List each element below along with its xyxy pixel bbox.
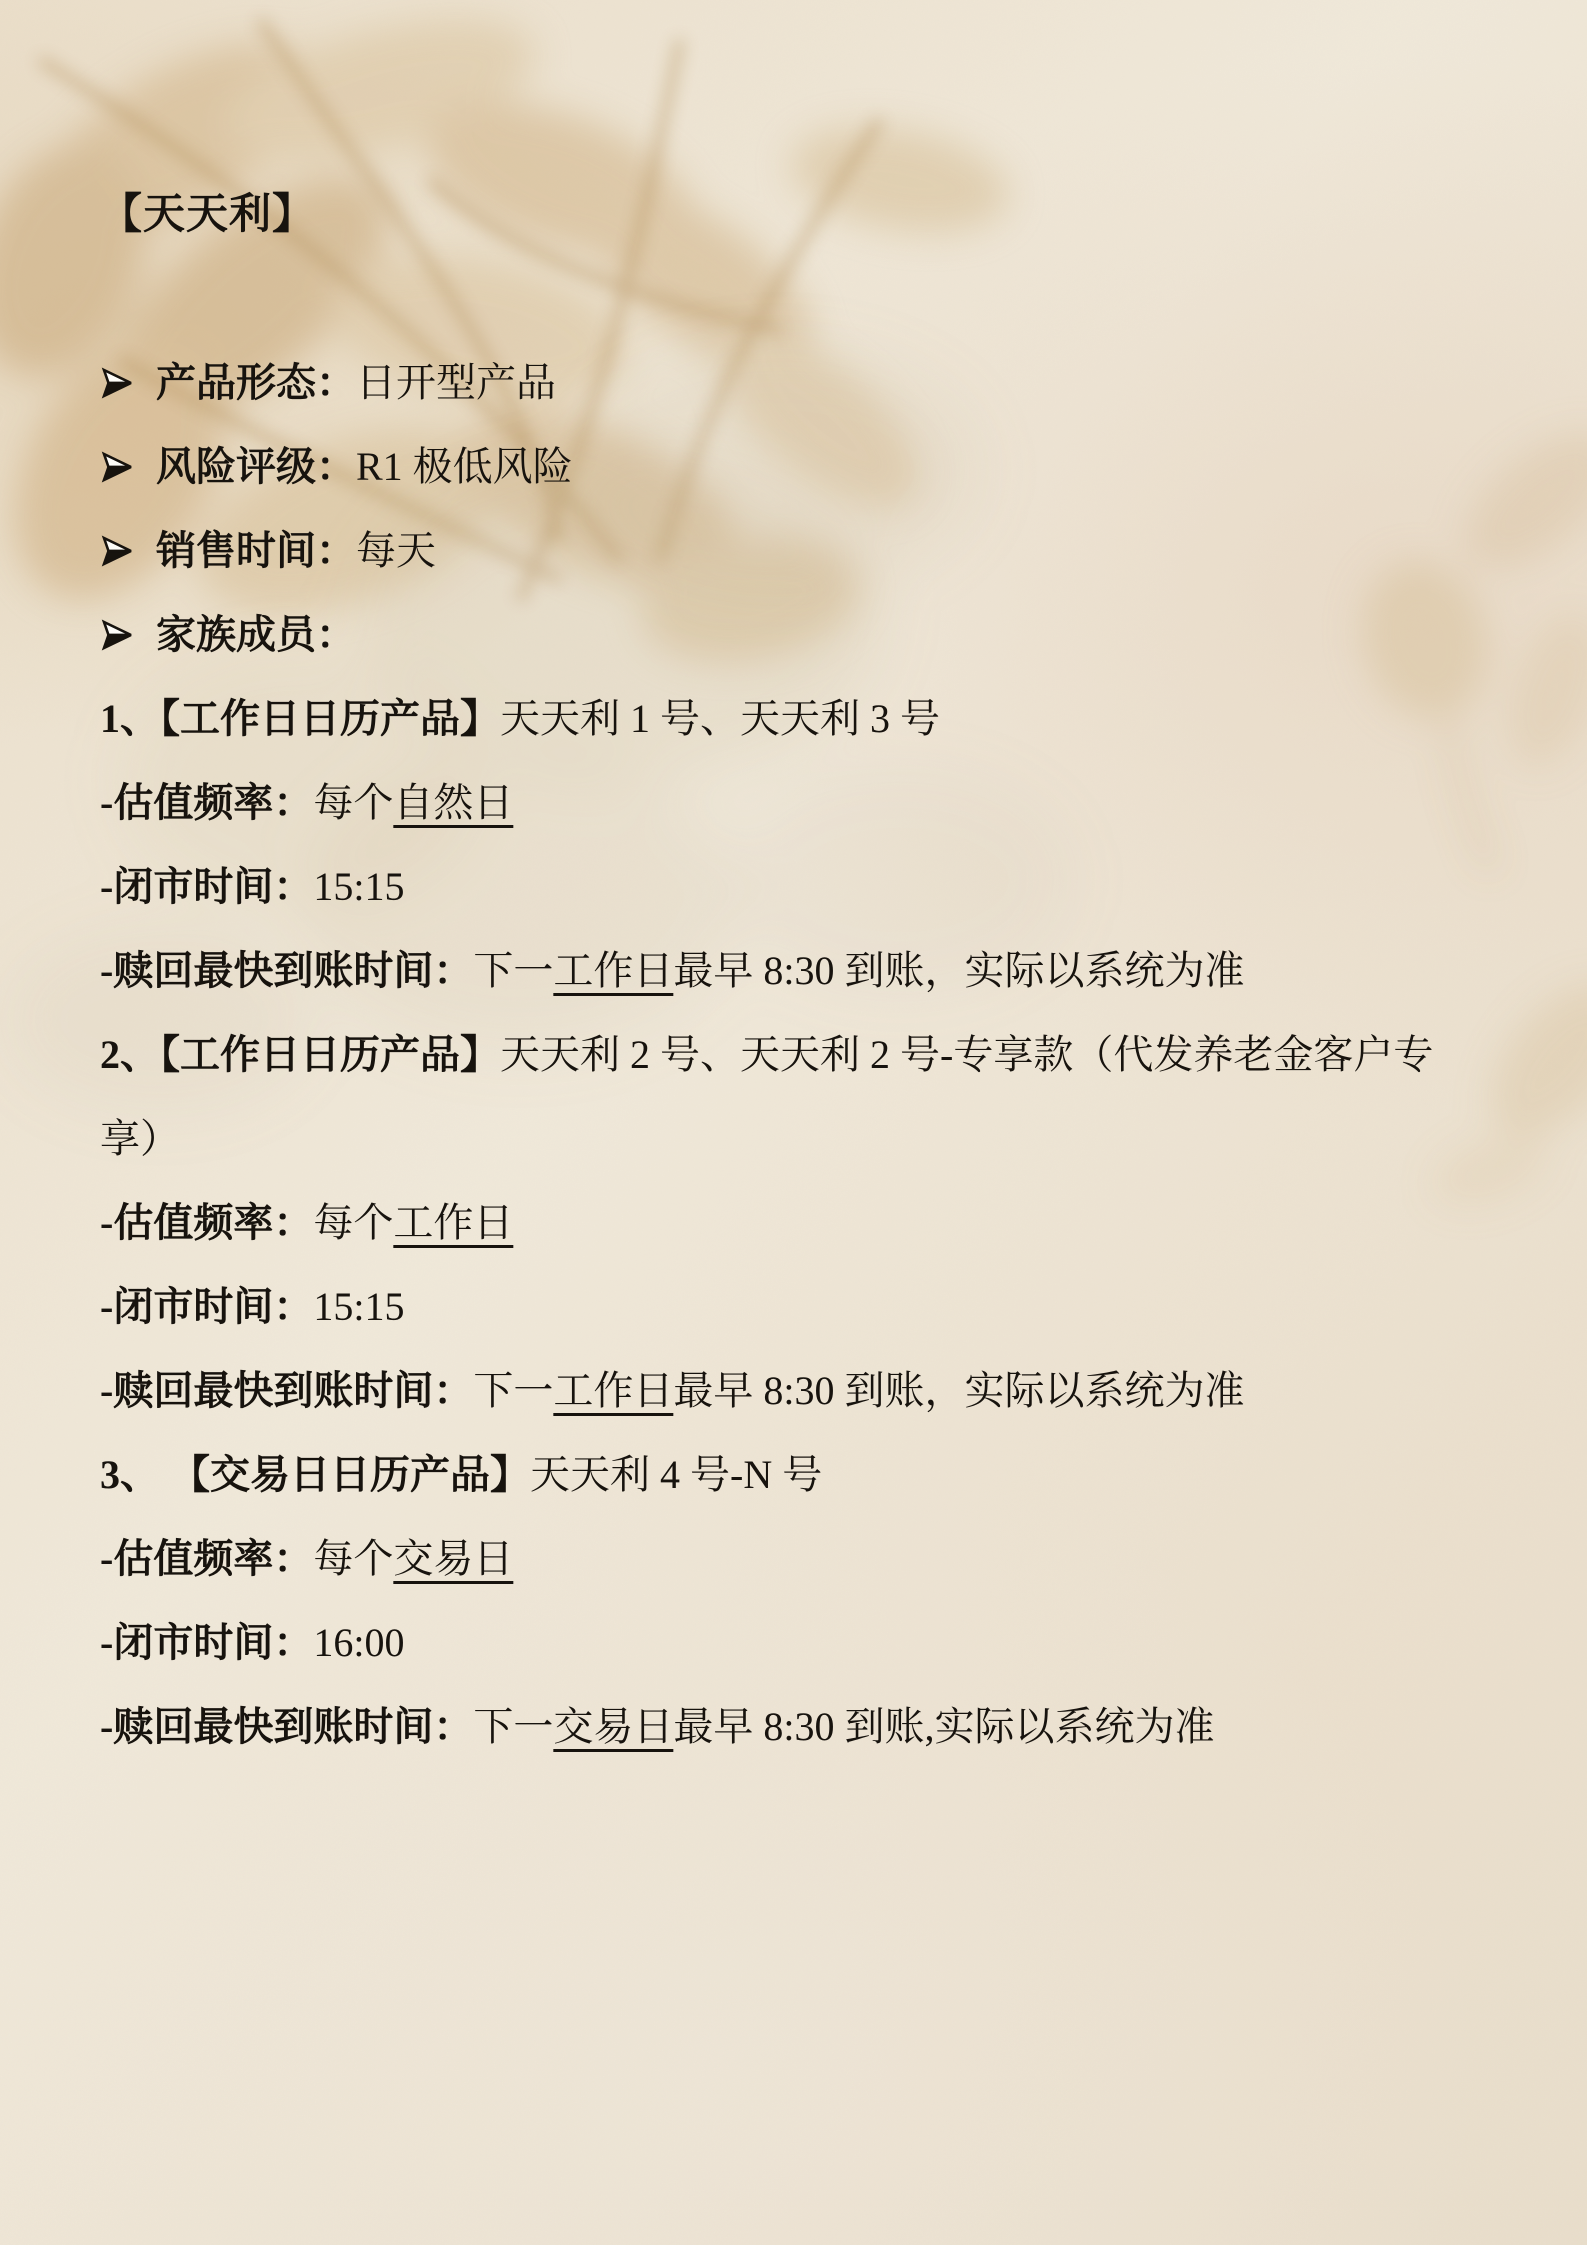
bullet-value: 日开型产品 (356, 360, 556, 405)
row-text: 最早 8:30 到账，实际以系统为准 (673, 948, 1244, 993)
row-text: 每个 (313, 780, 393, 825)
row-label: -闭市时间： (100, 864, 313, 909)
section-heading: 2、【工作日日历产品】天天利 2 号、天天利 2 号-专享款（代发养老金客户专享… (100, 1013, 1492, 1181)
section-heading-bold: 3、 【交易日日历产品】 (100, 1452, 530, 1497)
row-underlined-term: 交易日 (393, 1536, 513, 1581)
blank-line (100, 257, 1492, 341)
detail-row: -赎回最快到账时间：下一交易日最早 8:30 到账,实际以系统为准 (100, 1685, 1492, 1769)
row-underlined-term: 工作日 (553, 948, 673, 993)
row-label: -闭市时间： (100, 1620, 313, 1665)
row-label: -赎回最快到账时间： (100, 1368, 473, 1413)
arrow-bullet-icon (100, 367, 134, 399)
bullet-value: 每天 (356, 528, 436, 573)
detail-row: -闭市时间：15:15 (100, 845, 1492, 929)
row-text: 每个 (313, 1200, 393, 1245)
row-text: 下一 (473, 948, 553, 993)
bullet-value: R1 极低风险 (356, 444, 573, 489)
detail-row: -估值频率：每个交易日 (100, 1517, 1492, 1601)
row-underlined-term: 工作日 (393, 1200, 513, 1245)
detail-row: -估值频率：每个自然日 (100, 761, 1492, 845)
row-underlined-term: 工作日 (553, 1368, 673, 1413)
row-label: -赎回最快到账时间： (100, 1704, 473, 1749)
row-text: 15:15 (313, 864, 404, 909)
section-heading: 3、 【交易日日历产品】天天利 4 号-N 号 (100, 1433, 1492, 1517)
row-text: 下一 (473, 1704, 553, 1749)
detail-row: -闭市时间：15:15 (100, 1265, 1492, 1349)
detail-row: -赎回最快到账时间：下一工作日最早 8:30 到账，实际以系统为准 (100, 1349, 1492, 1433)
section-heading: 1、【工作日日历产品】天天利 1 号、天天利 3 号 (100, 677, 1492, 761)
bullet-item-product-form: 产品形态：日开型产品 (100, 341, 1492, 425)
arrow-bullet-icon (100, 535, 134, 567)
bullet-label: 销售时间： (156, 528, 356, 573)
bullet-item-sale-time: 销售时间：每天 (100, 509, 1492, 593)
row-underlined-term: 交易日 (553, 1704, 673, 1749)
document-page: 【天天利】 产品形态：日开型产品 风险评级：R1 极低风险 销售时间：每天 家族… (0, 0, 1587, 2245)
row-label: -估值频率： (100, 780, 313, 825)
bullet-label: 风险评级： (156, 444, 356, 489)
bullet-item-risk-rating: 风险评级：R1 极低风险 (100, 425, 1492, 509)
section-heading-bold: 2、【工作日日历产品】 (100, 1032, 500, 1077)
bullet-item-family-members: 家族成员： (100, 593, 1492, 677)
bullet-label: 家族成员： (156, 612, 356, 657)
row-text: 16:00 (313, 1620, 404, 1665)
bullet-label: 产品形态： (156, 360, 356, 405)
arrow-bullet-icon (100, 619, 134, 651)
row-text: 15:15 (313, 1284, 404, 1329)
row-underlined-term: 自然日 (393, 780, 513, 825)
row-text: 下一 (473, 1368, 553, 1413)
detail-row: -闭市时间：16:00 (100, 1601, 1492, 1685)
page-title: 【天天利】 (100, 173, 1492, 257)
row-label: -估值频率： (100, 1536, 313, 1581)
section-heading-rest: 天天利 4 号-N 号 (530, 1452, 822, 1497)
row-text: 最早 8:30 到账，实际以系统为准 (673, 1368, 1244, 1413)
section-heading-bold: 1、【工作日日历产品】 (100, 696, 500, 741)
document-content: 【天天利】 产品形态：日开型产品 风险评级：R1 极低风险 销售时间：每天 家族… (100, 173, 1492, 1769)
row-label: -赎回最快到账时间： (100, 948, 473, 993)
detail-row: -赎回最快到账时间：下一工作日最早 8:30 到账，实际以系统为准 (100, 929, 1492, 1013)
row-text: 最早 8:30 到账,实际以系统为准 (673, 1704, 1214, 1749)
row-label: -闭市时间： (100, 1284, 313, 1329)
section-heading-rest: 天天利 1 号、天天利 3 号 (500, 696, 940, 741)
detail-row: -估值频率：每个工作日 (100, 1181, 1492, 1265)
row-text: 每个 (313, 1536, 393, 1581)
row-label: -估值频率： (100, 1200, 313, 1245)
arrow-bullet-icon (100, 451, 134, 483)
